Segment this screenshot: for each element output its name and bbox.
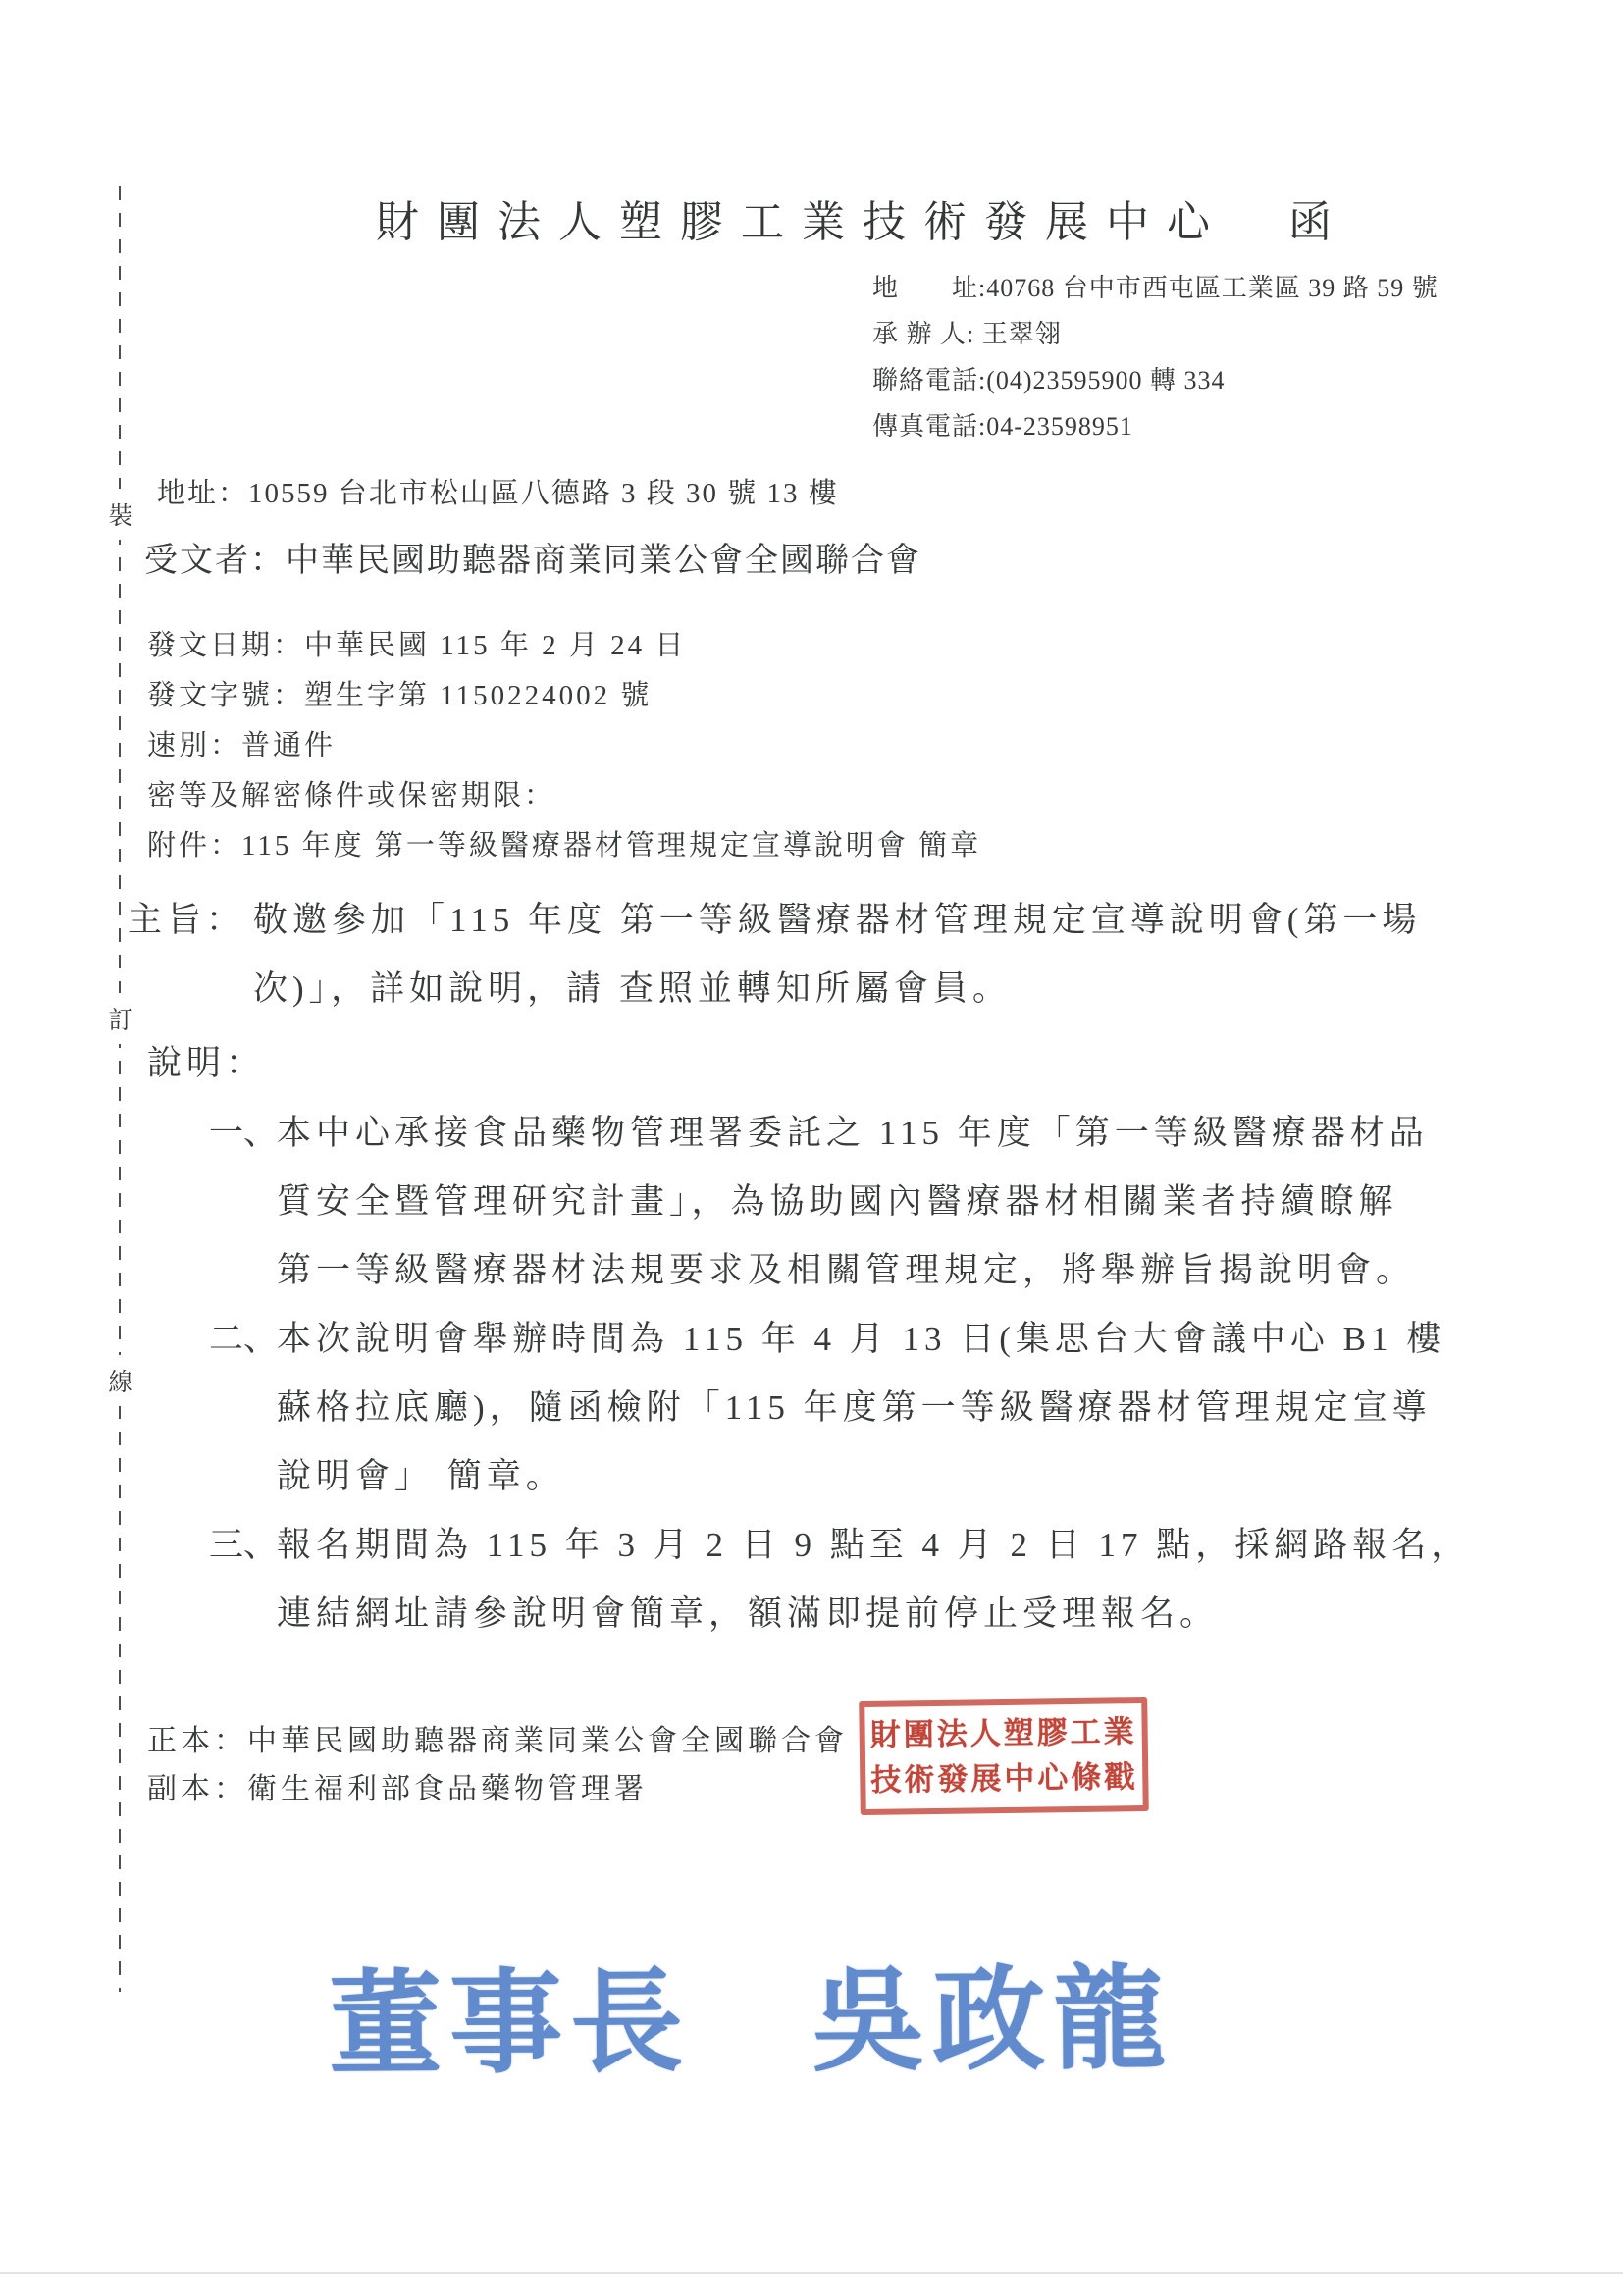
subject-line-2: 次)」，詳如說明，請 查照並轉知所屬會員。 (253, 955, 1421, 1023)
sender-address-line: 地 址:40768 台中市西屯區工業區 39 路 59 號 (872, 265, 1439, 311)
letter-page: 裝 訂 線 財團法人塑膠工業技術發展中心 函 地 址:40768 台中市西屯區工… (0, 0, 1623, 2296)
explanation-item-1: 一、 本中心承接食品藥物管理署委託之 115 年度「第一等級醫療器材品 質安全暨… (209, 1099, 1470, 1305)
security-line: 密等及解密條件或保密期限： (147, 771, 981, 821)
item-text: 報名期間為 115 年 3 月 2 日 9 點至 4 月 2 日 17 點，採網… (277, 1511, 1470, 1648)
issue-date-line: 發文日期：中華民國 115 年 2 月 24 日 (147, 621, 981, 671)
copies-block: 正本：中華民國助聽器商業同業公會全國聯合會 副本：衛生福利部食品藥物管理署 (147, 1717, 848, 1813)
binding-label-xian: 線 (99, 1355, 142, 1406)
scan-artifact-line (0, 2272, 1623, 2274)
original-copy-line: 正本：中華民國助聽器商業同業公會全國聯合會 (147, 1717, 848, 1765)
subject-text: 敬邀參加「115 年度 第一等級醫療器材管理規定宣導說明會(第一場 次)」，詳如… (253, 886, 1421, 1023)
recipient-address-line: 地址：10559 台北市松山區八德路 3 段 30 號 13 樓 (157, 471, 839, 511)
document-title: 財團法人塑膠工業技術發展中心 函 (376, 186, 1349, 249)
item-line: 連結網址請參說明會簡章，額滿即提前停止受理報名。 (277, 1580, 1470, 1648)
item-line: 本中心承接食品藥物管理署委託之 115 年度「第一等級醫療器材品 (277, 1099, 1429, 1168)
recipient-line: 受文者：中華民國助聽器商業同業公會全國聯合會 (144, 533, 921, 581)
item-line: 本次說明會舉辦時間為 115 年 4 月 13 日(集思台大會議中心 B1 樓 (277, 1305, 1445, 1374)
cc-copy-line: 副本：衛生福利部食品藥物管理署 (147, 1765, 848, 1813)
binding-label-zhuang: 裝 (99, 489, 142, 540)
seal-row-1: 財團法人塑膠工業 (869, 1709, 1137, 1758)
item-text: 本中心承接食品藥物管理署委託之 115 年度「第一等級醫療器材品 質安全暨管理研… (277, 1099, 1429, 1305)
item-line: 第一等級醫療器材法規要求及相關管理規定，將舉辦旨揭說明會。 (277, 1236, 1429, 1305)
explanation-item-3: 三、 報名期間為 115 年 3 月 2 日 9 點至 4 月 2 日 17 點… (209, 1511, 1470, 1648)
item-line: 質安全暨管理研究計畫」，為協助國內醫療器材相關業者持續瞭解 (277, 1168, 1429, 1236)
speed-line: 速別：普通件 (147, 721, 981, 771)
subject-line-1: 敬邀參加「115 年度 第一等級醫療器材管理規定宣導說明會(第一場 (253, 886, 1421, 955)
item-line: 說明會」 簡章。 (277, 1442, 1445, 1511)
seal-row-2: 技術發展中心條戳 (870, 1754, 1138, 1803)
item-number: 二、 (209, 1305, 277, 1511)
item-number: 一、 (209, 1099, 277, 1305)
chairman-signature-stamp: 董事長 吳政龍 (328, 1928, 1174, 2096)
explanation-items: 一、 本中心承接食品藥物管理署委託之 115 年度「第一等級醫療器材品 質安全暨… (209, 1099, 1470, 1648)
subject-block: 主旨： 敬邀參加「115 年度 第一等級醫療器材管理規定宣導說明會(第一場 次)… (128, 886, 1421, 1023)
explanation-item-2: 二、 本次說明會舉辦時間為 115 年 4 月 13 日(集思台大會議中心 B1… (209, 1305, 1470, 1511)
sender-contact-line: 承 辦 人: 王翠翎 (872, 311, 1439, 357)
explanation-heading: 說明： (147, 1036, 265, 1085)
binding-label-ding: 訂 (99, 993, 142, 1044)
item-line: 蘇格拉底廳)，隨函檢附「115 年度第一等級醫療器材管理規定宣導 (277, 1374, 1445, 1442)
doc-number-line: 發文字號：塑生字第 1150224002 號 (147, 671, 981, 721)
binding-dashed-line (119, 186, 121, 1992)
subject-label: 主旨： (128, 886, 253, 1023)
sender-phone-line: 聯絡電話:(04)23595900 轉 334 (872, 357, 1439, 403)
item-text: 本次說明會舉辦時間為 115 年 4 月 13 日(集思台大會議中心 B1 樓 … (277, 1305, 1445, 1511)
item-number: 三、 (209, 1511, 277, 1648)
meta-block: 發文日期：中華民國 115 年 2 月 24 日 發文字號：塑生字第 11502… (147, 621, 981, 871)
sender-info-block: 地 址:40768 台中市西屯區工業區 39 路 59 號 承 辦 人: 王翠翎… (872, 265, 1439, 449)
sender-fax-line: 傳真電話:04-23598951 (872, 403, 1439, 449)
attachment-line: 附件：115 年度 第一等級醫療器材管理規定宣導說明會 簡章 (147, 821, 981, 871)
item-line: 報名期間為 115 年 3 月 2 日 9 點至 4 月 2 日 17 點，採網… (277, 1511, 1470, 1580)
organization-seal-stamp: 財團法人塑膠工業 技術發展中心條戳 (859, 1697, 1149, 1815)
